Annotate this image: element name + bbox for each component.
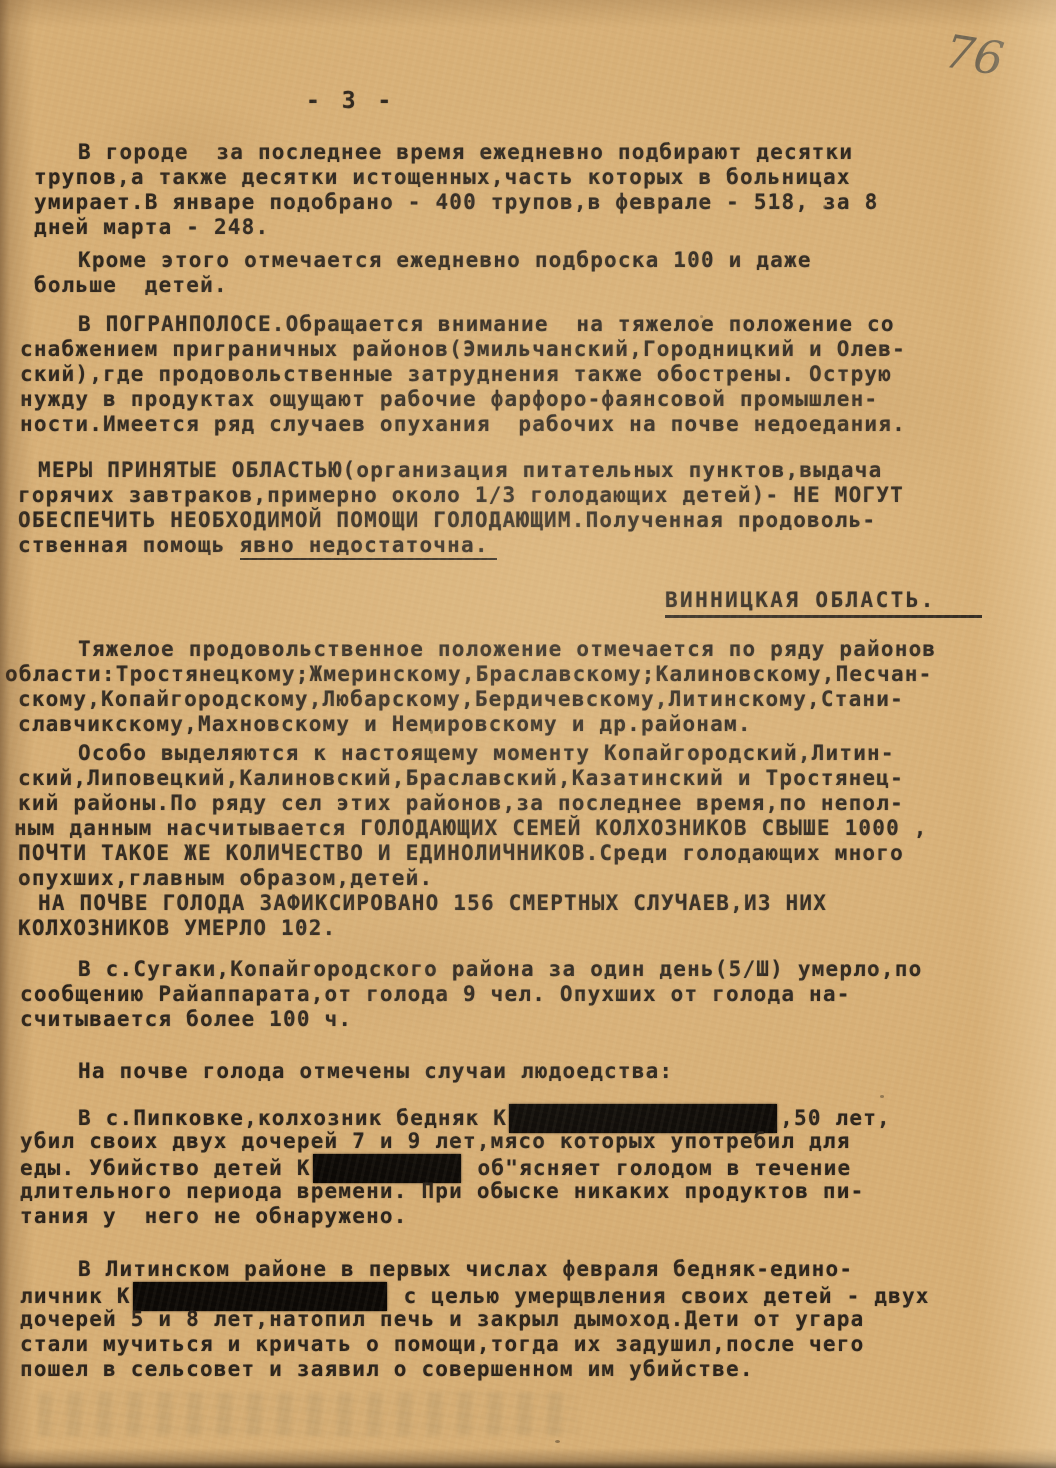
text-segment: ственная помощь — [18, 533, 240, 557]
para-border-zone: В ПОГРАНПОЛОСЕ.Обращается внимание на тя… — [34, 312, 1016, 437]
text-line: дней марта - 248. — [34, 215, 1016, 240]
text-segment: кий районы.По ряду сел этих районов,за п… — [18, 791, 904, 815]
text-line: умирает.В январе подобрано - 400 трупов,… — [34, 190, 1016, 215]
text-segment: На почве голода отмечены случаи людоедст… — [78, 1059, 673, 1083]
text-segment: дочерей 5 и 8 лет,натопил печь и закрыл … — [20, 1307, 864, 1331]
text-line: трупов,а также десятки истощенных,часть … — [34, 165, 1016, 190]
text-line: стали мучиться и кричать о помощи,тогда … — [20, 1332, 1016, 1357]
text-segment: Тяжелое продовольственное положение отме… — [78, 637, 936, 661]
text-segment: В Литинском районе в первых числах февра… — [78, 1257, 853, 1281]
text-line: пошел в сельсовет и заявил о совершенном… — [20, 1357, 1016, 1382]
text-segment: трупов,а также десятки истощенных,часть … — [34, 165, 851, 189]
text-segment: ОБЕСПЕЧИТЬ НЕОБХОДИМОЙ ПОМОЩИ ГОЛОДАЮЩИМ… — [18, 508, 876, 532]
para-districts-list: Тяжелое продовольственное положение отме… — [34, 637, 1016, 737]
text-line: сообщению Райаппарата,от голода 9 чел. О… — [20, 982, 1016, 1007]
text-line: считывается более 100 ч. — [20, 1007, 1016, 1032]
text-line: В с.Пипковке,колхозник бедняк К,50 лет, — [78, 1104, 1016, 1129]
text-segment: тания у него не обнаружено. — [20, 1204, 408, 1228]
ink-speck — [555, 1440, 560, 1443]
para-starving-families: Особо выделяются к настоящему моменту Ко… — [34, 741, 1016, 891]
para-oblast-measures: МЕРЫ ПРИНЯТЫЕ ОБЛАСТЬЮ(организация питат… — [34, 458, 1016, 558]
para-abandoned-children: Кроме этого отмечается ежедневно подброс… — [34, 248, 1016, 298]
text-segment: ным данным насчитывается ГОЛОДАЮЩИХ СЕМЕ… — [14, 816, 928, 840]
ink-bleed-through — [38, 1392, 578, 1436]
text-segment: скому,Копайгородскому,Любарскому,Бердиче… — [18, 687, 904, 711]
para-sugaki-village: В с.Сугаки,Копайгородского района за оди… — [34, 957, 1016, 1032]
heading-vinnitsa-oblast: ВИННИЦКАЯ ОБЛАСТЬ. — [665, 588, 1016, 613]
text-line: снабжением приграничных районов(Эмильчан… — [20, 337, 1016, 362]
ink-speck — [880, 1095, 884, 1098]
text-segment: В с.Сугаки,Копайгородского района за оди… — [78, 957, 922, 981]
text-segment: еды. Убийство детей К — [20, 1156, 311, 1180]
document-body: В городе за последнее время ежедневно по… — [0, 140, 1056, 1382]
text-segment: славчикскому,Махновскому и Немировскому … — [18, 712, 752, 736]
text-segment: ский,Липовецкий,Калиновский,Браславский,… — [18, 766, 904, 790]
text-line: больше детей. — [34, 273, 1016, 298]
text-segment: горячих завтраков,примерно около 1/3 гол… — [18, 483, 904, 507]
para-pipkovka-case: В с.Пипковке,колхозник бедняк К,50 лет,у… — [34, 1104, 1016, 1229]
ink-speck — [430, 730, 433, 734]
text-line: ственная помощь явно недостаточна. — [18, 533, 1016, 558]
text-segment: стали мучиться и кричать о помощи,тогда … — [20, 1332, 864, 1356]
text-line: убил своих двух дочерей 7 и 9 лет,мясо к… — [20, 1129, 1016, 1154]
para-cannibalism-intro: На почве голода отмечены случаи людоедст… — [34, 1059, 1016, 1084]
text-segment: личник К — [20, 1284, 131, 1308]
page-number: - 3 - — [306, 88, 395, 114]
text-line: В ПОГРАНПОЛОСЕ.Обращается внимание на тя… — [78, 312, 1016, 337]
handwritten-folio-number: 76 — [942, 24, 1008, 86]
text-line: МЕРЫ ПРИНЯТЫЕ ОБЛАСТЬЮ(организация питат… — [38, 458, 1016, 483]
text-segment: опухших,главным образом,детей. — [18, 866, 433, 890]
text-line: личник К с целью умерщвления своих детей… — [20, 1282, 1016, 1307]
text-line: ский),где продовольственные затруднения … — [20, 362, 1016, 387]
text-line: КОЛХОЗНИКОВ УМЕРЛО 102. — [18, 916, 1016, 941]
text-line: скому,Копайгородскому,Любарскому,Бердиче… — [18, 687, 1016, 712]
text-segment: пошел в сельсовет и заявил о совершенном… — [20, 1357, 754, 1381]
text-line: ПОЧТИ ТАКОЕ ЖЕ КОЛИЧЕСТВО И ЕДИНОЛИЧНИКО… — [18, 841, 1016, 866]
text-line: В городе за последнее время ежедневно по… — [78, 140, 1016, 165]
underlined-text: явно недостаточна. — [240, 533, 497, 560]
text-line: дочерей 5 и 8 лет,натопил печь и закрыл … — [20, 1307, 1016, 1332]
text-line: Кроме этого отмечается ежедневно подброс… — [78, 248, 1016, 273]
text-segment: Особо выделяются к настоящему моменту Ко… — [78, 741, 895, 765]
text-segment: МЕРЫ ПРИНЯТЫЕ ОБЛАСТЬЮ(организация питат… — [38, 458, 882, 482]
text-segment: об"ясняет голодом в течение — [464, 1156, 852, 1180]
text-segment: ности.Имеется ряд случаев опухания рабоч… — [20, 412, 906, 436]
text-line: области:Тростянецкому;Жмеринскому,Брасла… — [5, 662, 1016, 687]
text-segment: умирает.В январе подобрано - 400 трупов,… — [34, 190, 878, 214]
text-line: еды. Убийство детей К об"ясняет голодом … — [20, 1154, 1016, 1179]
text-segment: длительного периода времени. При обыске … — [20, 1179, 864, 1203]
text-segment: области:Тростянецкому;Жмеринскому,Брасла… — [5, 662, 933, 686]
para-city-corpses: В городе за последнее время ежедневно по… — [34, 140, 1016, 240]
text-segment: сообщению Райаппарата,от голода 9 чел. О… — [20, 982, 851, 1006]
text-line: Тяжелое продовольственное положение отме… — [78, 637, 1016, 662]
text-line: В Литинском районе в первых числах февра… — [78, 1257, 1016, 1282]
text-line: В с.Сугаки,Копайгородского района за оди… — [78, 957, 1016, 982]
ink-speck — [700, 315, 703, 318]
text-line: ности.Имеется ряд случаев опухания рабоч… — [20, 412, 1016, 437]
text-line: ский,Липовецкий,Калиновский,Браславский,… — [18, 766, 1016, 791]
text-line: ОБЕСПЕЧИТЬ НЕОБХОДИМОЙ ПОМОЩИ ГОЛОДАЮЩИМ… — [18, 508, 1016, 533]
text-segment: считывается более 100 ч. — [20, 1007, 352, 1031]
underlined-text: ВИННИЦКАЯ ОБЛАСТЬ. — [665, 588, 982, 618]
text-line: тания у него не обнаружено. — [20, 1204, 1016, 1229]
text-segment: Кроме этого отмечается ежедневно подброс… — [78, 248, 812, 272]
text-line: На почве голода отмечены случаи людоедст… — [78, 1059, 1016, 1084]
text-segment: нужду в продуктах ощущают рабочие фарфор… — [20, 387, 878, 411]
text-segment: с целью умерщвления своих детей - двух — [390, 1284, 930, 1308]
text-line: Особо выделяются к настоящему моменту Ко… — [78, 741, 1016, 766]
ink-speck — [823, 205, 827, 209]
text-segment: снабжением приграничных районов(Эмильчан… — [20, 337, 906, 361]
text-line: кий районы.По ряду сел этих районов,за п… — [18, 791, 1016, 816]
text-segment: КОЛХОЗНИКОВ УМЕРЛО 102. — [18, 916, 336, 940]
scanned-document-page: - 3 - 76 В городе за последнее время еже… — [0, 0, 1056, 1468]
text-line: НА ПОЧВЕ ГОЛОДА ЗАФИКСИРОВАНО 156 СМЕРТН… — [38, 891, 1016, 916]
text-segment: ский),где продовольственные затруднения … — [20, 362, 892, 386]
text-line: опухших,главным образом,детей. — [18, 866, 1016, 891]
text-line: славчикскому,Махновскому и Немировскому … — [18, 712, 1016, 737]
text-segment: ПОЧТИ ТАКОЕ ЖЕ КОЛИЧЕСТВО И ЕДИНОЛИЧНИКО… — [18, 841, 904, 865]
text-line: ВИННИЦКАЯ ОБЛАСТЬ. — [665, 588, 1016, 613]
text-segment: ,50 лет, — [780, 1106, 891, 1130]
text-segment: В ПОГРАНПОЛОСЕ.Обращается внимание на тя… — [78, 312, 895, 336]
text-segment: больше детей. — [34, 273, 228, 297]
text-segment: В с.Пипковке,колхозник бедняк К — [78, 1106, 507, 1130]
text-line: горячих завтраков,примерно около 1/3 гол… — [18, 483, 1016, 508]
text-segment: дней марта - 248. — [34, 215, 269, 239]
text-line: нужду в продуктах ощущают рабочие фарфор… — [20, 387, 1016, 412]
text-line: ным данным насчитывается ГОЛОДАЮЩИХ СЕМЕ… — [14, 816, 1016, 841]
text-segment: В городе за последнее время ежедневно по… — [78, 140, 853, 164]
text-line: длительного периода времени. При обыске … — [20, 1179, 1016, 1204]
para-death-toll: НА ПОЧВЕ ГОЛОДА ЗАФИКСИРОВАНО 156 СМЕРТН… — [34, 891, 1016, 941]
text-segment: НА ПОЧВЕ ГОЛОДА ЗАФИКСИРОВАНО 156 СМЕРТН… — [38, 891, 827, 915]
para-litin-case: В Литинском районе в первых числах февра… — [34, 1257, 1016, 1382]
text-segment: убил своих двух дочерей 7 и 9 лет,мясо к… — [20, 1129, 851, 1153]
